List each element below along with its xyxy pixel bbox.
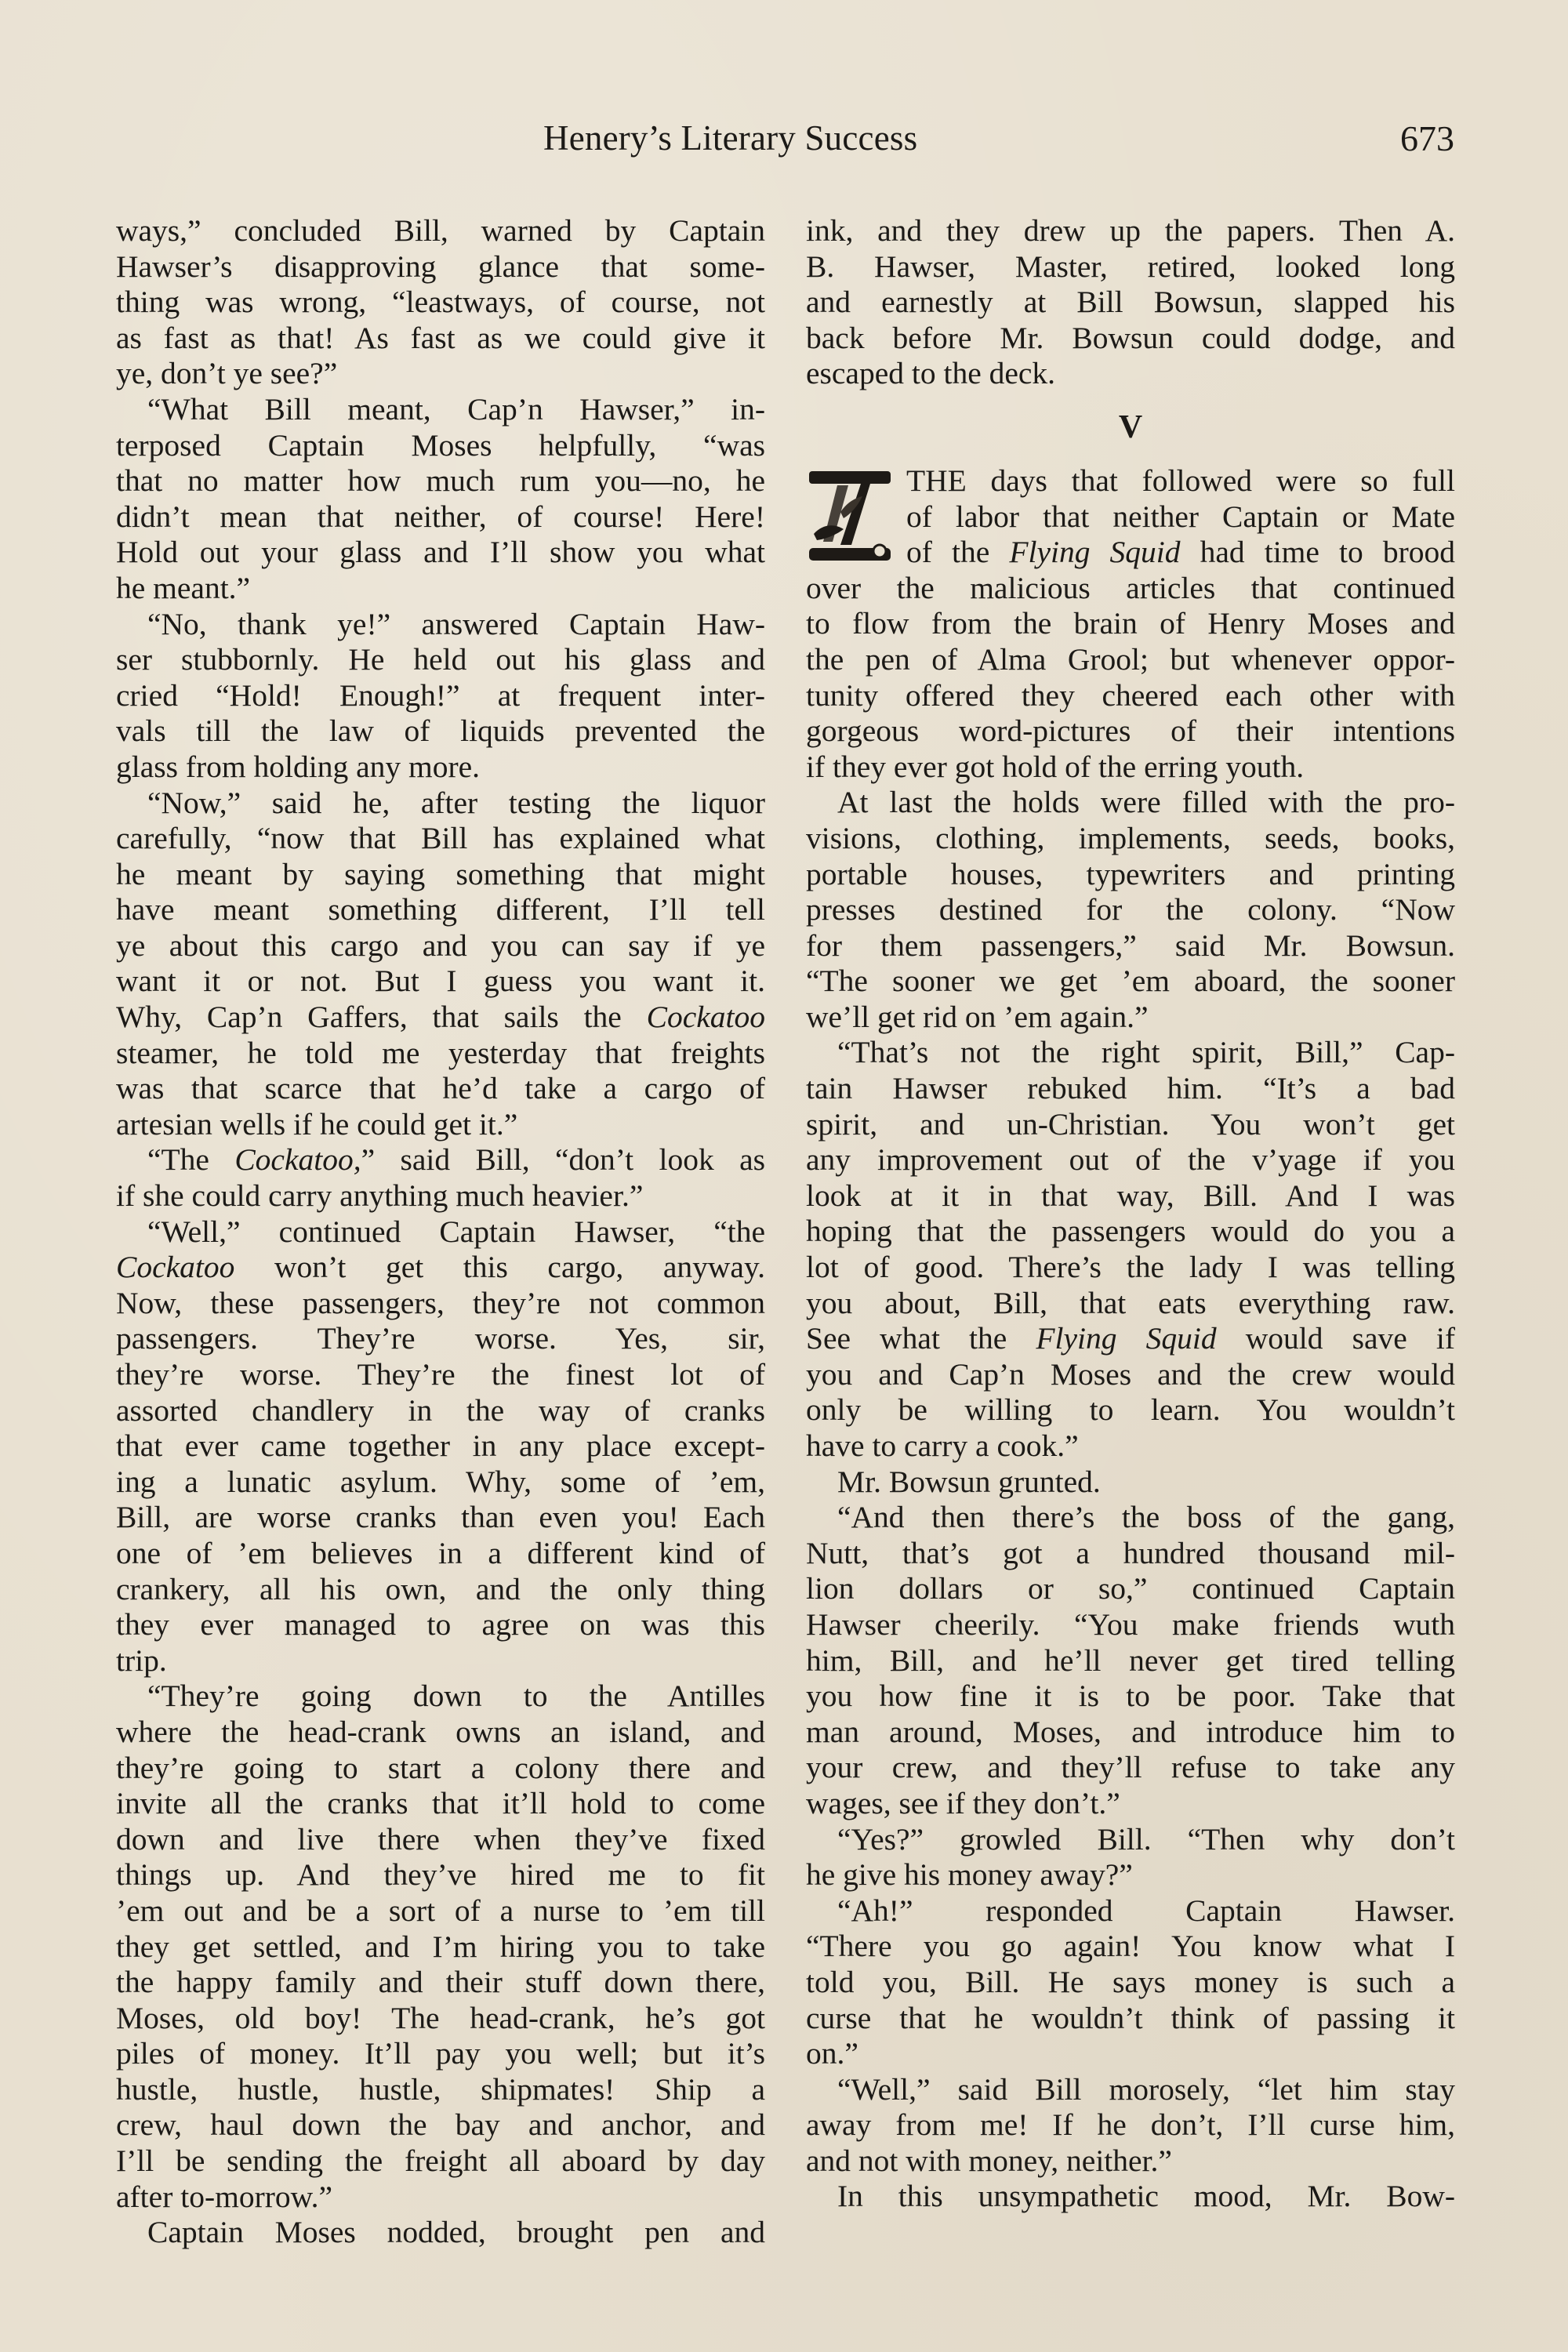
- line-text: man around, Moses, and introduce him to: [806, 1715, 1455, 1749]
- left-column: ways,” concluded Bill, warned by Captain…: [116, 213, 765, 2251]
- drop-cap-t-bird-icon: [806, 466, 894, 567]
- running-title: Henery’s Literary Success: [543, 118, 917, 158]
- text-line: cried “Hold! Enough!” at frequent inter-: [116, 678, 765, 714]
- line-text: “Well,” continued Captain Hawser, “the: [147, 1214, 765, 1249]
- text-line: B. Hawser, Master, retired, looked long: [806, 249, 1455, 285]
- text-line: over the malicious articles that continu…: [806, 571, 1455, 607]
- text-line: tunity offered they cheered each other w…: [806, 678, 1455, 714]
- text-line: gorgeous word-pictures of their intentio…: [806, 713, 1455, 750]
- text-line: told you, Bill. He says money is such a: [806, 1965, 1455, 2001]
- line-text: won’t get this cargo, anyway.: [234, 1250, 765, 1284]
- line-text: ” said Bill, “don’t look as: [361, 1142, 765, 1177]
- line-text: thing was wrong, “leastways, of course, …: [116, 285, 765, 319]
- line-text: Hawser’s disapproving glance that some-: [116, 249, 765, 284]
- line-text: for them passengers,” said Mr. Bowsun.: [806, 928, 1455, 963]
- line-text: ser stubbornly. He held out his glass an…: [116, 642, 765, 677]
- line-text: vals till the law of liquids prevented t…: [116, 713, 765, 748]
- text-line: Hawser cheerily. “You make friends wuth: [806, 1607, 1455, 1643]
- line-text: had time to brood: [1181, 535, 1455, 569]
- text-line: the happy family and their stuff down th…: [116, 1965, 765, 2001]
- line-text: cried “Hold! Enough!” at frequent inter-: [116, 678, 765, 713]
- text-line: you how fine it is to be poor. Take that: [806, 1679, 1455, 1715]
- text-line: tain Hawser rebuked him. “It’s a bad: [806, 1071, 1455, 1107]
- line-text: you about, Bill, that eats everything ra…: [806, 1286, 1455, 1320]
- line-text: “Ah!” responded Captain Hawser.: [837, 1893, 1455, 1928]
- line-text: the pen of Alma Grool; but whenever oppo…: [806, 642, 1455, 677]
- line-text: “Yes?” growled Bill. “Then why don’t: [837, 1822, 1455, 1857]
- line-text: on.”: [806, 2036, 858, 2071]
- text-line: he meant by saying something that might: [116, 857, 765, 893]
- line-text: you how fine it is to be poor. Take that: [806, 1679, 1455, 1713]
- line-text: escaped to the deck.: [806, 356, 1055, 390]
- text-line: and earnestly at Bill Bowsun, slapped hi…: [806, 285, 1455, 321]
- line-text: crew, haul down the bay and anchor, and: [116, 2107, 765, 2142]
- text-line: of the Flying Squid had time to brood: [806, 535, 1455, 571]
- line-text: one of ’em believes in a different kind …: [116, 1536, 765, 1570]
- text-line: they ever managed to agree on was this: [116, 1607, 765, 1643]
- line-text: See what the: [806, 1321, 1036, 1356]
- text-line: where the head-crank owns an island, and: [116, 1715, 765, 1751]
- line-text: ye, don’t ye see?”: [116, 356, 337, 390]
- line-text: and earnestly at Bill Bowsun, slapped hi…: [806, 285, 1455, 319]
- line-text: ink, and they drew up the papers. Then A…: [806, 213, 1455, 248]
- text-line: if she could carry anything much heavier…: [116, 1178, 765, 1214]
- text-line: ser stubbornly. He held out his glass an…: [116, 642, 765, 678]
- line-text: they get settled, and I’m hiring you to …: [116, 1929, 765, 1964]
- italic-title: Cockatoo: [116, 1250, 234, 1284]
- line-text: trip.: [116, 1643, 167, 1678]
- text-line: “Ah!” responded Captain Hawser.: [806, 1893, 1455, 1929]
- line-text: glass from holding any more.: [116, 750, 480, 784]
- text-line: At last the holds were filled with the p…: [806, 785, 1455, 821]
- text-line: ye, don’t ye see?”: [116, 356, 765, 392]
- text-line: you and Cap’n Moses and the crew would: [806, 1357, 1455, 1393]
- italic-title: Flying Squid: [1009, 535, 1180, 569]
- text-line: on.”: [806, 2036, 1455, 2072]
- line-text: we’ll get rid on ’em again.”: [806, 1000, 1149, 1034]
- text-line: I’ll be sending the freight all aboard b…: [116, 2143, 765, 2180]
- text-line: look at it in that way, Bill. And I was: [806, 1178, 1455, 1214]
- text-line: lot of good. There’s the lady I was tell…: [806, 1250, 1455, 1286]
- text-line: after to-morrow.”: [116, 2180, 765, 2216]
- text-line: Hold out your glass and I’ll show you wh…: [116, 535, 765, 571]
- line-text: if they ever got hold of the erring yout…: [806, 750, 1304, 784]
- text-line: “And then there’s the boss of the gang,: [806, 1500, 1455, 1536]
- line-text: Mr. Bowsun grunted.: [837, 1465, 1101, 1499]
- line-text: artesian wells if he could get it.”: [116, 1107, 517, 1142]
- text-line: Hawser’s disapproving glance that some-: [116, 249, 765, 285]
- text-line: Mr. Bowsun grunted.: [806, 1465, 1455, 1501]
- line-text: hoping that the passengers would do you …: [806, 1214, 1455, 1248]
- text-line: vals till the law of liquids prevented t…: [116, 713, 765, 750]
- section-body-lines: THE days that followed were so fullof la…: [806, 463, 1455, 2215]
- text-line: only be willing to learn. You wouldn’t: [806, 1392, 1455, 1428]
- line-text: Hold out your glass and I’ll show you wh…: [116, 535, 765, 569]
- text-line: hustle, hustle, hustle, shipmates! Ship …: [116, 2072, 765, 2108]
- line-text: to flow from the brain of Henry Moses an…: [806, 606, 1455, 641]
- text-line: Captain Moses nodded, brought pen and: [116, 2215, 765, 2251]
- running-head: Henery’s Literary Success 673: [116, 118, 1454, 165]
- line-text: away from me! If he don’t, I’ll curse hi…: [806, 2107, 1455, 2142]
- text-line: piles of money. It’ll pay you well; but …: [116, 2036, 765, 2072]
- line-text: Bill, are worse cranks than even you! Ea…: [116, 1500, 765, 1534]
- line-text: invite all the cranks that it’ll hold to…: [116, 1786, 765, 1820]
- text-line: carefully, “now that Bill has explained …: [116, 821, 765, 857]
- line-text: “That’s not the right spirit, Bill,” Cap…: [837, 1035, 1455, 1069]
- text-line: Cockatoo won’t get this cargo, anyway.: [116, 1250, 765, 1286]
- text-line: they get settled, and I’m hiring you to …: [116, 1929, 765, 1965]
- text-line: See what the Flying Squid would save if: [806, 1321, 1455, 1357]
- line-text: they ever managed to agree on was this: [116, 1607, 765, 1642]
- text-line: that no matter how much rum you—no, he: [116, 463, 765, 499]
- line-text: they’re worse. They’re the finest lot of: [116, 1357, 765, 1392]
- line-text: things up. And they’ve hired me to fit: [116, 1857, 765, 1892]
- line-text: any improvement out of the v’yage if you: [806, 1142, 1455, 1177]
- line-text: “What Bill meant, Cap’n Hawser,” in-: [147, 392, 765, 426]
- text-line: to flow from the brain of Henry Moses an…: [806, 606, 1455, 642]
- text-line: spirit, and un-Christian. You won’t get: [806, 1107, 1455, 1143]
- text-line: any improvement out of the v’yage if you: [806, 1142, 1455, 1178]
- text-line: “The Cockatoo,” said Bill, “don’t look a…: [116, 1142, 765, 1178]
- text-line: glass from holding any more.: [116, 750, 765, 786]
- line-text: ing a lunatic asylum. Why, some of ’em,: [116, 1465, 765, 1499]
- line-text: you and Cap’n Moses and the crew would: [806, 1357, 1455, 1392]
- line-text: curse that he wouldn’t think of passing …: [806, 2001, 1455, 2035]
- text-line: curse that he wouldn’t think of passing …: [806, 2001, 1455, 2037]
- text-line: you about, Bill, that eats everything ra…: [806, 1286, 1455, 1322]
- italic-title: Cockatoo,: [234, 1142, 361, 1177]
- line-text: down and live there when they’ve fixed: [116, 1822, 765, 1857]
- text-line: and not with money, neither.”: [806, 2143, 1455, 2180]
- line-text: tain Hawser rebuked him. “It’s a bad: [806, 1071, 1455, 1105]
- line-text: terposed Captain Moses helpfully, “was: [116, 428, 765, 463]
- line-text: have to carry a cook.”: [806, 1428, 1079, 1463]
- line-text: At last the holds were filled with the p…: [837, 785, 1455, 819]
- line-text: the happy family and their stuff down th…: [116, 1965, 765, 1999]
- line-text: didn’t mean that neither, of course! Her…: [116, 499, 765, 534]
- text-line: of labor that neither Captain or Mate: [806, 499, 1455, 535]
- text-line: terposed Captain Moses helpfully, “was: [116, 428, 765, 464]
- line-text: tunity offered they cheered each other w…: [806, 678, 1455, 713]
- text-line: In this unsympathetic mood, Mr. Bow-: [806, 2179, 1455, 2215]
- line-text: they’re going to start a colony there an…: [116, 1751, 765, 1785]
- line-text: “Well,” said Bill morosely, “let him sta…: [837, 2072, 1455, 2107]
- line-text: Nutt, that’s got a hundred thousand mil-: [806, 1536, 1455, 1570]
- text-line: Moses, old boy! The head-crank, he’s got: [116, 2001, 765, 2037]
- text-line: was that scarce that he’d take a cargo o…: [116, 1071, 765, 1107]
- text-line: crankery, all his own, and the only thin…: [116, 1572, 765, 1608]
- text-line: hoping that the passengers would do you …: [806, 1214, 1455, 1250]
- text-line: THE days that followed were so full: [806, 463, 1455, 499]
- text-line: assorted chandlery in the way of cranks: [116, 1393, 765, 1429]
- line-text: Hawser cheerily. “You make friends wuth: [806, 1607, 1455, 1642]
- text-line: they’re worse. They’re the finest lot of: [116, 1357, 765, 1393]
- line-text: lion dollars or so,” continued Captain: [806, 1571, 1455, 1606]
- text-line: “There you go again! You know what I: [806, 1929, 1455, 1965]
- line-text: ye about this cargo and you can say if y…: [116, 928, 765, 963]
- text-line: him, Bill, and he’ll never get tired tel…: [806, 1643, 1455, 1679]
- text-line: he give his money away?”: [806, 1857, 1455, 1893]
- line-text: In this unsympathetic mood, Mr. Bow-: [837, 2179, 1455, 2213]
- line-text: passengers. They’re worse. Yes, sir,: [116, 1321, 765, 1356]
- line-text: assorted chandlery in the way of cranks: [116, 1393, 765, 1428]
- line-text: crankery, all his own, and the only thin…: [116, 1572, 765, 1606]
- text-line: escaped to the deck.: [806, 356, 1455, 392]
- line-text: portable houses, typewriters and printin…: [806, 857, 1455, 891]
- text-line: Why, Cap’n Gaffers, that sails the Cocka…: [116, 1000, 765, 1036]
- text-line: one of ’em believes in a different kind …: [116, 1536, 765, 1572]
- line-text: steamer, he told me yesterday that freig…: [116, 1036, 765, 1070]
- line-text: after to-morrow.”: [116, 2180, 332, 2214]
- line-text: and not with money, neither.”: [806, 2143, 1172, 2178]
- text-line: Bill, are worse cranks than even you! Ea…: [116, 1500, 765, 1536]
- text-line: have meant something different, I’ll tel…: [116, 892, 765, 928]
- text-line: the pen of Alma Grool; but whenever oppo…: [806, 642, 1455, 678]
- text-line: back before Mr. Bowsun could dodge, and: [806, 321, 1455, 357]
- text-line: away from me! If he don’t, I’ll curse hi…: [806, 2107, 1455, 2143]
- line-text: that no matter how much rum you—no, he: [116, 463, 765, 498]
- text-line: didn’t mean that neither, of course! Her…: [116, 499, 765, 535]
- line-text: visions, clothing, implements, seeds, bo…: [806, 821, 1455, 855]
- line-text: Now, these passengers, they’re not commo…: [116, 1286, 765, 1320]
- text-line: for them passengers,” said Mr. Bowsun.: [806, 928, 1455, 964]
- line-text: over the malicious articles that continu…: [806, 571, 1455, 605]
- text-line: lion dollars or so,” continued Captain: [806, 1571, 1455, 1607]
- text-line: ink, and they drew up the papers. Then A…: [806, 213, 1455, 249]
- text-line: he meant.”: [116, 571, 765, 607]
- text-line: your crew, and they’ll refuse to take an…: [806, 1750, 1455, 1786]
- line-text: “They’re going down to the Antilles: [147, 1679, 765, 1713]
- text-line: things up. And they’ve hired me to fit: [116, 1857, 765, 1893]
- line-text: if she could carry anything much heavier…: [116, 1178, 643, 1213]
- line-text: THE days that followed were so full: [906, 463, 1455, 498]
- text-line: as fast as that! As fast as we could giv…: [116, 321, 765, 357]
- line-text: told you, Bill. He says money is such a: [806, 1965, 1455, 1999]
- text-line: “They’re going down to the Antilles: [116, 1679, 765, 1715]
- line-text: look at it in that way, Bill. And I was: [806, 1178, 1455, 1213]
- line-text: your crew, and they’ll refuse to take an…: [806, 1750, 1455, 1784]
- line-text: where the head-crank owns an island, and: [116, 1715, 765, 1749]
- line-text: hustle, hustle, hustle, shipmates! Ship …: [116, 2072, 765, 2107]
- text-line: Now, these passengers, they’re not commo…: [116, 1286, 765, 1322]
- italic-title: Cockatoo: [647, 1000, 765, 1034]
- line-text: Why, Cap’n Gaffers, that sails the: [116, 1000, 647, 1034]
- line-text: “The: [147, 1142, 234, 1177]
- text-line: portable houses, typewriters and printin…: [806, 857, 1455, 893]
- text-line: “Yes?” growled Bill. “Then why don’t: [806, 1822, 1455, 1858]
- text-line: ye about this cargo and you can say if y…: [116, 928, 765, 964]
- line-text: he meant.”: [116, 571, 250, 605]
- line-text: B. Hawser, Master, retired, looked long: [806, 249, 1455, 284]
- ornamental-drop-cap-icon: [806, 466, 894, 567]
- text-line: ’em out and be a sort of a nurse to ’em …: [116, 1893, 765, 1929]
- text-line: man around, Moses, and introduce him to: [806, 1715, 1455, 1751]
- line-text: that ever came together in any place exc…: [116, 1428, 765, 1463]
- line-text: piles of money. It’ll pay you well; but …: [116, 2036, 765, 2071]
- line-text: he give his money away?”: [806, 1857, 1133, 1892]
- text-line: thing was wrong, “leastways, of course, …: [116, 285, 765, 321]
- text-line: “No, thank ye!” answered Captain Haw-: [116, 607, 765, 643]
- line-text: him, Bill, and he’ll never get tired tel…: [806, 1643, 1455, 1678]
- text-line: steamer, he told me yesterday that freig…: [116, 1036, 765, 1072]
- line-text: spirit, and un-Christian. You won’t get: [806, 1107, 1455, 1142]
- section-body: THE days that followed were so fullof la…: [806, 463, 1455, 2215]
- text-line: “The sooner we get ’em aboard, the soone…: [806, 964, 1455, 1000]
- line-text: “And then there’s the boss of the gang,: [837, 1500, 1455, 1534]
- text-line: if they ever got hold of the erring yout…: [806, 750, 1455, 786]
- line-text: I’ll be sending the freight all aboard b…: [116, 2143, 765, 2178]
- text-line: trip.: [116, 1643, 765, 1679]
- line-text: of labor that neither Captain or Mate: [906, 499, 1455, 534]
- text-line: ing a lunatic asylum. Why, some of ’em,: [116, 1465, 765, 1501]
- text-line: “Well,” said Bill morosely, “let him sta…: [806, 2072, 1455, 2108]
- text-line: “Well,” continued Captain Hawser, “the: [116, 1214, 765, 1250]
- text-line: “Now,” said he, after testing the liquor: [116, 786, 765, 822]
- line-text: back before Mr. Bowsun could dodge, and: [806, 321, 1455, 355]
- line-text: have meant something different, I’ll tel…: [116, 892, 765, 927]
- section-heading: V: [806, 392, 1455, 463]
- line-text: presses destined for the colony. “Now: [806, 892, 1455, 927]
- text-line: presses destined for the colony. “Now: [806, 892, 1455, 928]
- line-text: Moses, old boy! The head-crank, he’s got: [116, 2001, 765, 2035]
- text-line: they’re going to start a colony there an…: [116, 1751, 765, 1787]
- line-text: he meant by saying something that might: [116, 857, 765, 891]
- line-text: of the: [906, 535, 1009, 569]
- text-line: ways,” concluded Bill, warned by Captain: [116, 213, 765, 249]
- text-line: invite all the cranks that it’ll hold to…: [116, 1786, 765, 1822]
- text-line: down and live there when they’ve fixed: [116, 1822, 765, 1858]
- text-line: that ever came together in any place exc…: [116, 1428, 765, 1465]
- line-text: “No, thank ye!” answered Captain Haw-: [147, 607, 765, 641]
- line-text: would save if: [1217, 1321, 1455, 1356]
- text-line: “What Bill meant, Cap’n Hawser,” in-: [116, 392, 765, 428]
- line-text: Captain Moses nodded, brought pen and: [147, 2215, 765, 2249]
- text-line: wages, see if they don’t.”: [806, 1786, 1455, 1822]
- line-text: ways,” concluded Bill, warned by Captain: [116, 213, 765, 248]
- line-text: “The sooner we get ’em aboard, the soone…: [806, 964, 1455, 998]
- text-line: we’ll get rid on ’em again.”: [806, 1000, 1455, 1036]
- text-line: artesian wells if he could get it.”: [116, 1107, 765, 1143]
- text-line: Nutt, that’s got a hundred thousand mil-: [806, 1536, 1455, 1572]
- line-text: ’em out and be a sort of a nurse to ’em …: [116, 1893, 765, 1928]
- line-text: gorgeous word-pictures of their intentio…: [806, 713, 1455, 748]
- text-line: passengers. They’re worse. Yes, sir,: [116, 1321, 765, 1357]
- text-line: visions, clothing, implements, seeds, bo…: [806, 821, 1455, 857]
- text-line: crew, haul down the bay and anchor, and: [116, 2107, 765, 2143]
- line-text: as fast as that! As fast as we could giv…: [116, 321, 765, 355]
- italic-title: Flying Squid: [1036, 1321, 1216, 1356]
- text-line: want it or not. But I guess you want it.: [116, 964, 765, 1000]
- line-text: “Now,” said he, after testing the liquor: [147, 786, 765, 820]
- line-text: lot of good. There’s the lady I was tell…: [806, 1250, 1455, 1284]
- line-text: want it or not. But I guess you want it.: [116, 964, 765, 998]
- line-text: was that scarce that he’d take a cargo o…: [116, 1071, 765, 1105]
- line-text: only be willing to learn. You wouldn’t: [806, 1392, 1455, 1427]
- right-column: ink, and they drew up the papers. Then A…: [806, 213, 1455, 2215]
- text-line: have to carry a cook.”: [806, 1428, 1455, 1465]
- page-number: 673: [1400, 118, 1454, 159]
- line-text: carefully, “now that Bill has explained …: [116, 821, 765, 855]
- right-column-continuation: ink, and they drew up the papers. Then A…: [806, 213, 1455, 392]
- line-text: “There you go again! You know what I: [806, 1929, 1455, 1963]
- line-text: wages, see if they don’t.”: [806, 1786, 1120, 1820]
- text-line: “That’s not the right spirit, Bill,” Cap…: [806, 1035, 1455, 1071]
